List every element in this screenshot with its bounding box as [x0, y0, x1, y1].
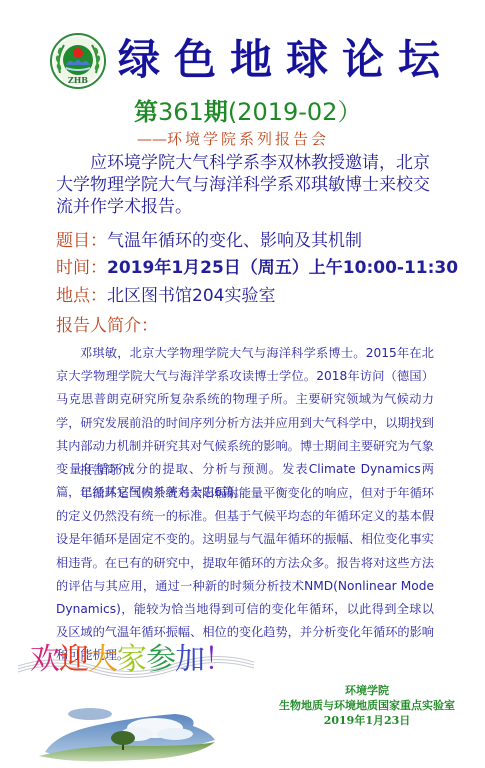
abstract-heading: 报告简介： — [80, 459, 141, 482]
issue-prefix: 第 — [134, 98, 158, 126]
landscape-tree-image — [25, 700, 220, 765]
welcome-char: 家 — [117, 642, 146, 677]
place-value: 北区图书馆204实验室 — [107, 286, 275, 306]
series-name: 环境学院系列报告会 — [167, 130, 329, 148]
intro-paragraph: 应环境学院大气科学系李双林教授邀请，北京大学物理学院大气与海洋科学系邓琪敏博士来… — [56, 152, 436, 218]
issue-number: 361 — [158, 98, 204, 126]
time-value: 2019年1月25日（周五）上午10:00-11:30 — [107, 258, 458, 278]
welcome-char: ！ — [204, 642, 233, 677]
time-label: 时间： — [56, 258, 107, 278]
welcome-char: 欢 — [30, 642, 59, 677]
footer-lab: 生物地质与环境地质国家重点实验室 — [262, 698, 472, 713]
footer-date: 2019年1月23日 — [262, 713, 472, 728]
topic-value: 气温年循环的变化、影响及其机制 — [107, 231, 362, 251]
issue-line: 第361期(2019-02） — [134, 97, 361, 127]
place-row: 地点：北区图书馆204实验室 — [56, 285, 275, 307]
welcome-char: 参 — [146, 642, 175, 677]
zhb-logo-icon: ZHB — [50, 31, 106, 91]
series-subtitle: ——环境学院系列报告会 — [137, 129, 329, 149]
time-row: 时间：2019年1月25日（周五）上午10:00-11:30 — [56, 257, 458, 279]
svg-text:ZHB: ZHB — [68, 75, 88, 85]
topic-row: 题目：气温年循环的变化、影响及其机制 — [56, 230, 362, 252]
speaker-heading: 报告人简介： — [56, 314, 158, 338]
welcome-char: 加 — [175, 642, 204, 677]
footer-signature: 环境学院 生物地质与环境地质国家重点实验室 2019年1月23日 — [262, 683, 472, 728]
topic-label: 题目： — [56, 231, 107, 251]
welcome-char: 迎 — [59, 642, 88, 677]
footer-org: 环境学院 — [262, 683, 472, 698]
welcome-char: 大 — [88, 642, 117, 677]
issue-suffix: 期 — [204, 98, 228, 126]
forum-title: 绿色地球论坛 — [118, 36, 454, 84]
welcome-text: 欢迎大家参加！ — [30, 640, 233, 680]
series-dash: —— — [137, 130, 167, 148]
issue-date: (2019-02） — [228, 98, 362, 126]
place-label: 地点： — [56, 286, 107, 306]
